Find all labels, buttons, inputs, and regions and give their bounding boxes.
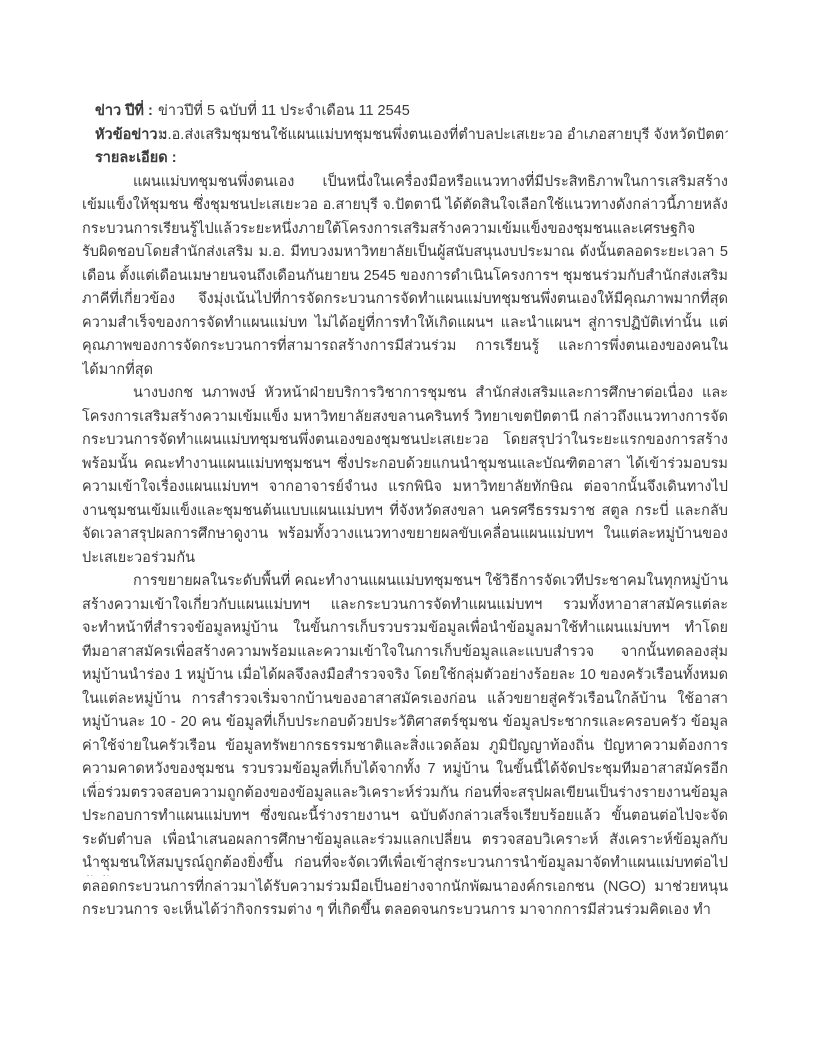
details-label: รายละเอียด : [82,147,158,171]
text-line: ค่าใช้จ่ายในครัวเรือน ข้อมูลทรัพยากรธรรม… [82,735,728,759]
text-line: สร้างความเข้าใจเกี่ยวกับแผนแม่บทฯ และกระ… [82,594,728,618]
details-value [158,147,728,171]
text-line: จะทำหน้าที่สำรวจข้อมูลหมู่บ้าน ในขั้นการ… [82,617,728,641]
text-line: พร้อมนั้น คณะทำงานแผนแม่บทชุมชนฯ ซึ่งประ… [82,453,728,477]
text-line: ความสำเร็จของการจัดทำแผนแม่บท ไม่ได้อยู่… [82,312,728,336]
text-line: การขยายผลในระดับพื้นที่ คณะทำงานแผนแม่บท… [82,570,728,594]
text-line: ความคาดหวังของชุมชน รวบรวมข้อมูลที่เก็บไ… [82,758,728,782]
paragraph: การขยายผลในระดับพื้นที่ คณะทำงานแผนแม่บท… [82,570,728,923]
text-line: ปะเสเยะวอร่วมกัน [82,547,728,571]
text-line: เข้มแข็งให้ชุมชน ซึ่งชุมชนปะเสเยะวอ อ.สา… [82,194,728,218]
text-line: ระดับตำบล เพื่อนำเสนอผลการศึกษาข้อมูลและ… [82,829,728,853]
text-line: ในแต่ละหมู่บ้าน การสำรวจเริ่มจากบ้านของอ… [82,688,728,712]
text-line: กระบวนการเรียนรู้ไปแล้วระยะหนึ่งภายใต้โค… [82,218,728,242]
text-line: โครงการเสริมสร้างความเข้มแข็ง มหาวิทยาลั… [82,406,728,430]
news-title-label: หัวข้อข่าว : [82,124,158,148]
field-news-title-row: หัวข้อข่าว : ม.อ.ส่งเสริมชุมชนใช้แผนแม่บ… [82,124,728,148]
news-year-value: ข่าวปีที่ 5 ฉบับที่ 11 ประจำเดือน 11 254… [158,100,728,124]
text-line: ความเข้าใจเรื่องแผนแม่บทฯ จากอาจารย์จำนง… [82,476,728,500]
text-line: หมู่บ้านละ 10 - 20 คน ข้อมูลที่เก็บประกอ… [82,711,728,735]
text-line: นำชุมชนให้สมบูรณ์ถูกต้องยิ่งขึ้น ก่อนที่… [82,852,728,876]
text-line: ตลอดกระบวนการที่กล่าวมาได้รับความร่วมมือ… [82,876,728,900]
field-details-row: รายละเอียด : [82,147,728,171]
news-year-label: ข่าว ปีที่ : [82,100,158,124]
text-line: จัดเวลาสรุปผลการศึกษาดูงาน พร้อมทั้งวางแ… [82,523,728,547]
text-line: เดือน ตั้งแต่เดือนเมษายนจนถึงเดือนกันยาย… [82,265,728,289]
text-line: ประกอบการทำแผนแม่บทฯ ซึ่งขณะนี้ร่างรายงา… [82,805,728,829]
text-line: ได้มากที่สุด [82,359,728,383]
text-line: คุณภาพของการจัดกระบวนการที่สามารถสร้างกา… [82,335,728,359]
news-article: ข่าว ปีที่ : ข่าวปีที่ 5 ฉบับที่ 11 ประจ… [82,100,728,923]
text-line: หมู่บ้านนำร่อง 1 หมู่บ้าน เมื่อได้ผลจึงล… [82,664,728,688]
document-page: ข่าว ปีที่ : ข่าวปีที่ 5 ฉบับที่ 11 ประจ… [0,0,816,1056]
text-line: ภาคีที่เกี่ยวข้อง จึงมุ่งเน้นไปที่การจัด… [82,288,728,312]
text-line: แผนแม่บทชุมชนพึ่งตนเอง เป็นหนึ่งในเครื่อ… [82,171,728,195]
news-title-value: ม.อ.ส่งเสริมชุมชนใช้แผนแม่บทชุมชนพึ่งตนเ… [158,124,728,148]
article-body: แผนแม่บทชุมชนพึ่งตนเอง เป็นหนึ่งในเครื่อ… [82,171,728,923]
text-line: นางบงกช นภาพงษ์ หัวหน้าฝ่ายบริการวิชาการ… [82,382,728,406]
text-line: กระบวนการจัดทำแผนแม่บทชุมชนพึ่งตนเองของช… [82,429,728,453]
text-line: ทีมอาสาสมัครเพื่อสร้างความพร้อมและความเข… [82,641,728,665]
text-line: งานชุมชนเข้มแข็งและชุมชนต้นแบบแผนแม่บทฯ … [82,500,728,524]
paragraph: แผนแม่บทชุมชนพึ่งตนเอง เป็นหนึ่งในเครื่อ… [82,171,728,383]
field-news-year-row: ข่าว ปีที่ : ข่าวปีที่ 5 ฉบับที่ 11 ประจ… [82,100,728,124]
paragraph: นางบงกช นภาพงษ์ หัวหน้าฝ่ายบริการวิชาการ… [82,382,728,570]
text-line: เพื่อร่วมตรวจสอบความถูกต้องของข้อมูลและว… [82,782,728,806]
text-line: กระบวนการ จะเห็นได้ว่ากิจกรรมต่าง ๆ ที่เ… [82,899,728,923]
text-line: รับผิดชอบโดยสำนักส่งเสริม ม.อ. มีทบวงมหา… [82,241,728,265]
